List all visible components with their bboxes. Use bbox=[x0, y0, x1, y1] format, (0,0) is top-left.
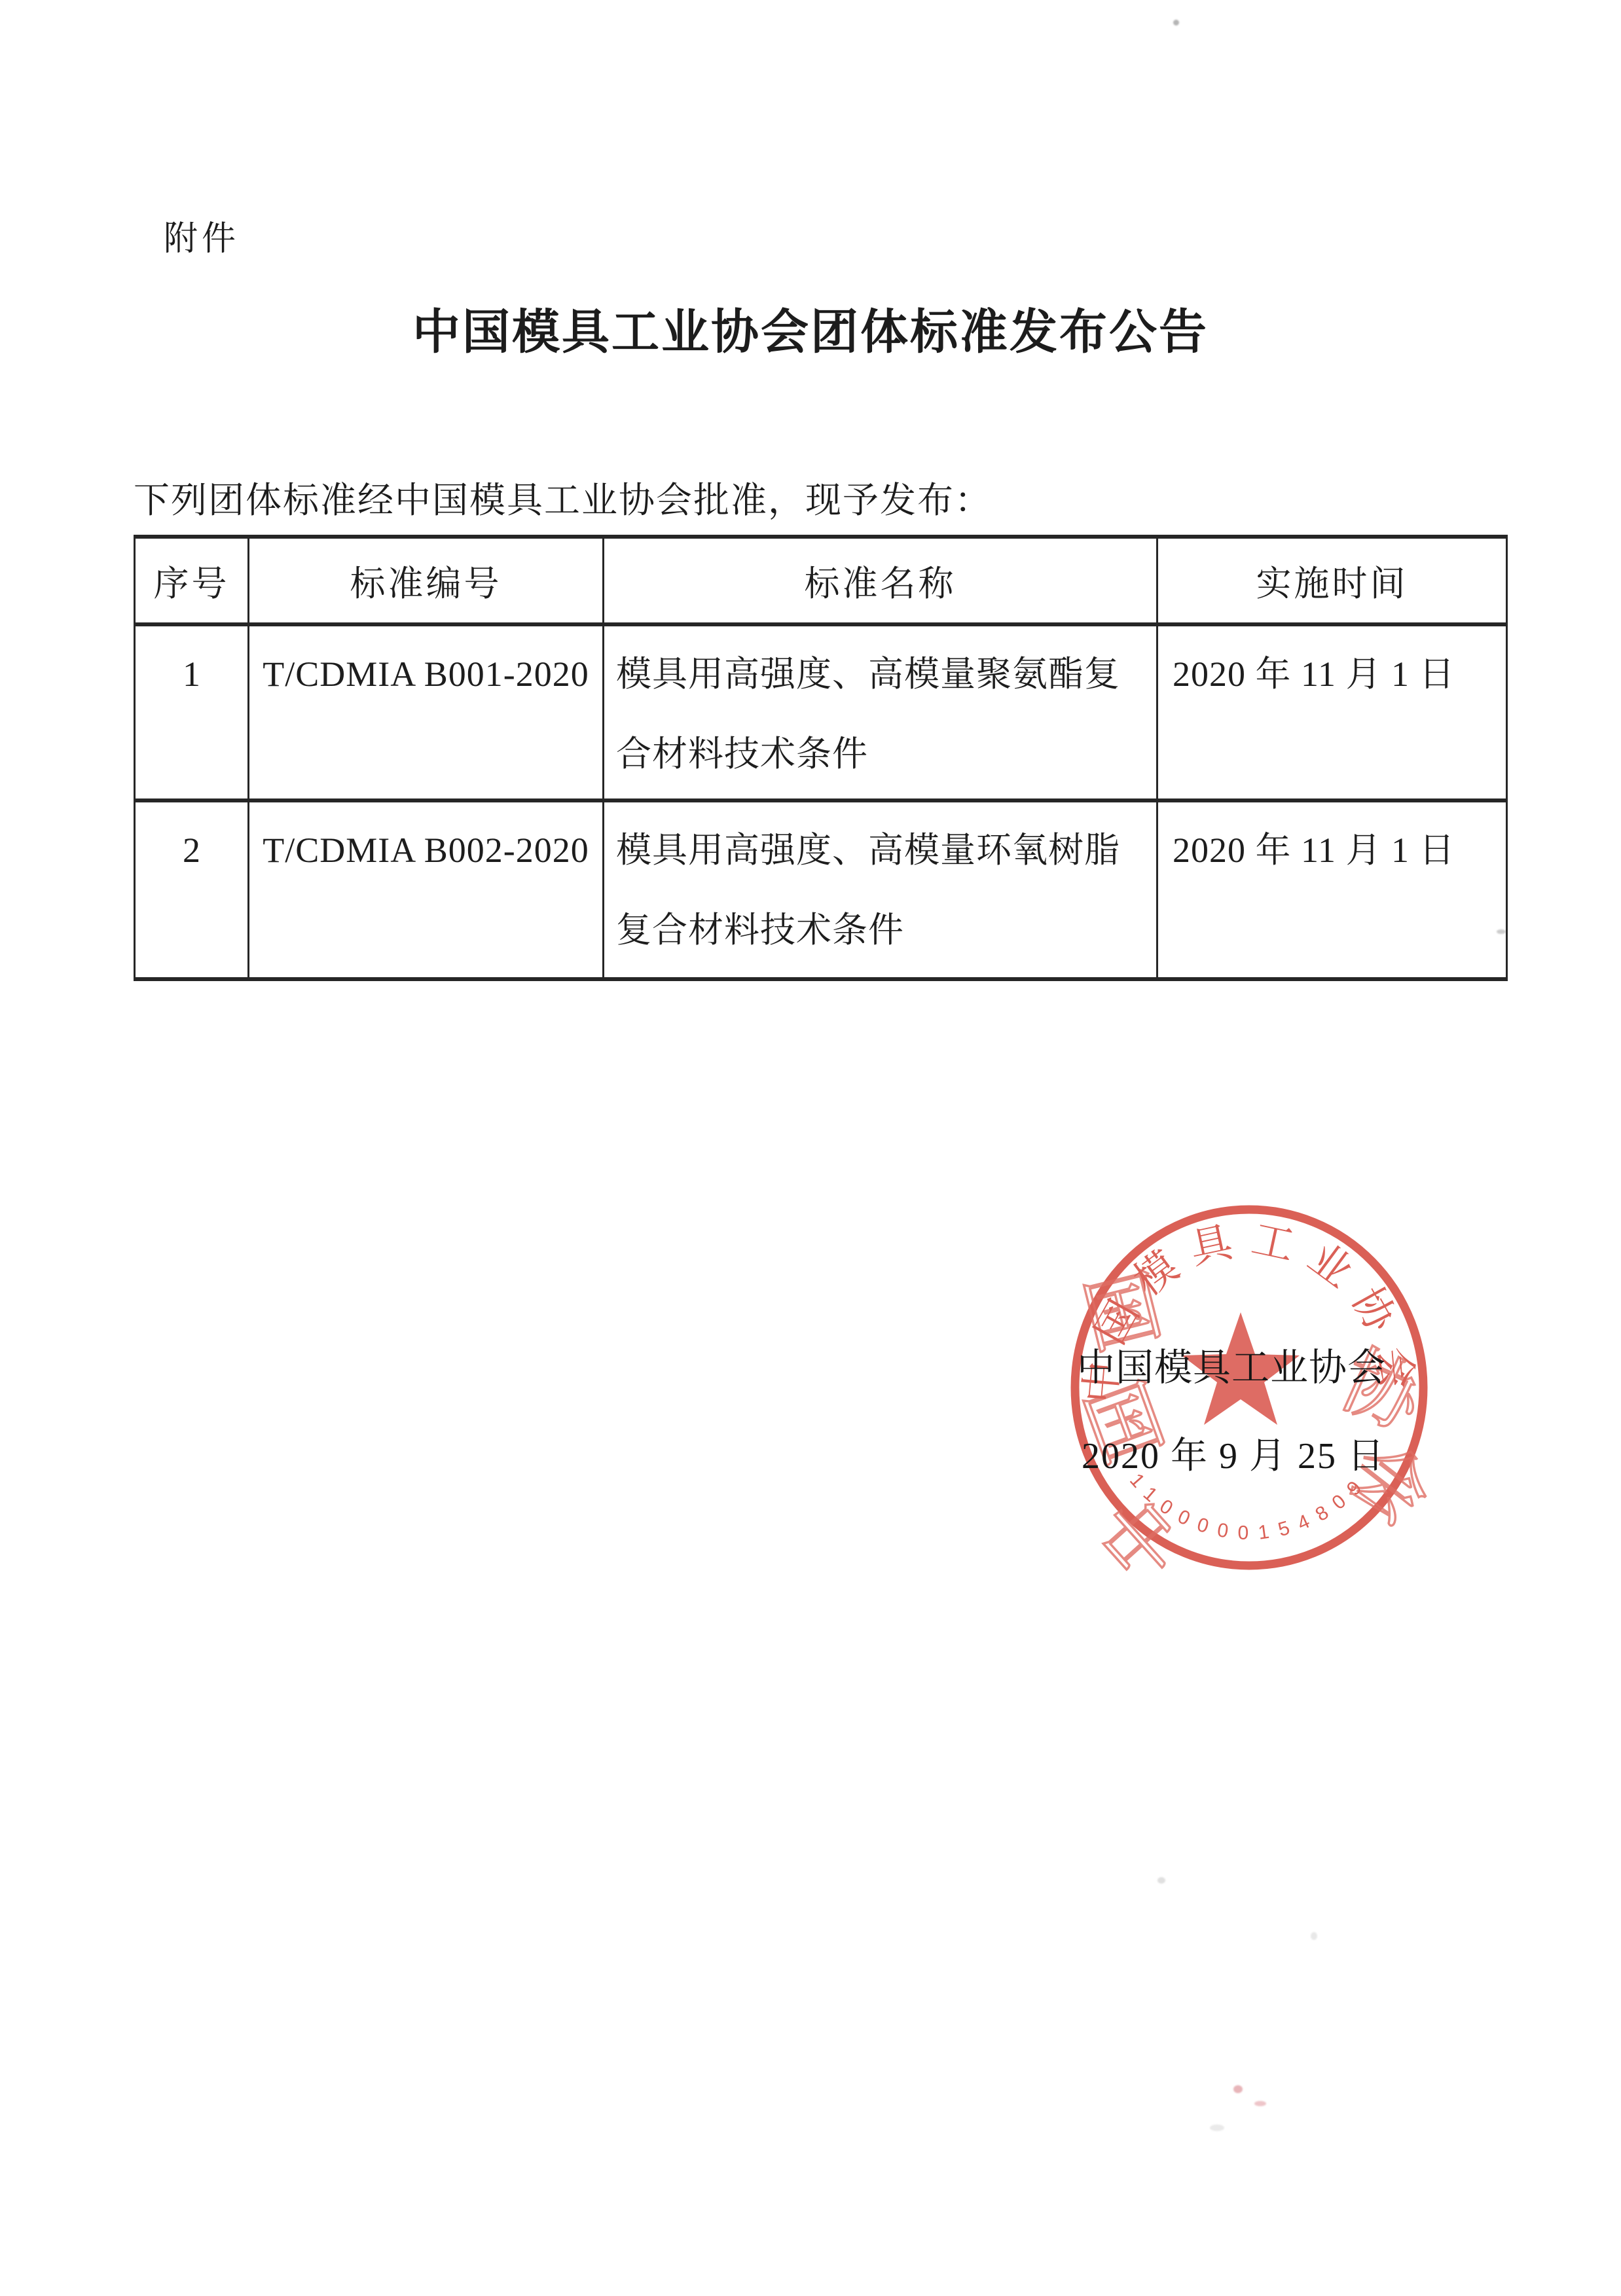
scan-speck bbox=[1497, 929, 1506, 934]
header-implementation-date: 实施时间 bbox=[1157, 537, 1507, 624]
standards-table: 序号 标准编号 标准名称 实施时间 1 T/CDMIA B001-2020 模具… bbox=[134, 535, 1508, 981]
page-title: 中国模具工业协会团体标准发布公告 bbox=[0, 293, 1621, 362]
attachment-label: 附件 bbox=[164, 211, 240, 260]
table-row: 1 T/CDMIA B001-2020 模具用高强度、高模量聚氨酯复合材料技术条… bbox=[135, 624, 1507, 800]
cell-implementation-date: 2020 年 11 月 1 日 bbox=[1157, 800, 1507, 979]
scan-speck bbox=[1173, 20, 1179, 26]
document-page: 附件 中国模具工业协会团体标准发布公告 下列团体标准经中国模具工业协会批准，现予… bbox=[0, 0, 1621, 2296]
scan-speck bbox=[1254, 2101, 1266, 2106]
scan-speck bbox=[1157, 1877, 1165, 1884]
scan-speck bbox=[1233, 2085, 1243, 2093]
scan-speck bbox=[1311, 1932, 1317, 1940]
intro-text: 下列团体标准经中国模具工业协会批准，现予发布： bbox=[134, 471, 992, 523]
table-header-row: 序号 标准编号 标准名称 实施时间 bbox=[135, 537, 1507, 624]
signature-date: 2020 年 9 月 25 日 bbox=[1082, 1427, 1385, 1479]
cell-implementation-date: 2020 年 11 月 1 日 bbox=[1157, 624, 1507, 800]
table-row: 2 T/CDMIA B002-2020 模具用高强度、高模量环氧树脂复合材料技术… bbox=[135, 800, 1507, 979]
signature-org: 中国模具工业协会 bbox=[1077, 1336, 1386, 1391]
cell-serial-no: 1 bbox=[135, 624, 249, 800]
cell-standard-code: T/CDMIA B002-2020 bbox=[249, 800, 604, 979]
scan-speck bbox=[1210, 2125, 1224, 2131]
header-standard-name: 标准名称 bbox=[604, 537, 1157, 624]
cell-standard-code: T/CDMIA B001-2020 bbox=[249, 624, 604, 800]
cell-standard-name: 模具用高强度、高模量环氧树脂复合材料技术条件 bbox=[604, 800, 1157, 979]
header-standard-code: 标准编号 bbox=[249, 537, 604, 624]
cell-serial-no: 2 bbox=[135, 800, 249, 979]
cell-standard-name: 模具用高强度、高模量聚氨酯复合材料技术条件 bbox=[604, 624, 1157, 800]
header-serial-no: 序号 bbox=[135, 537, 249, 624]
